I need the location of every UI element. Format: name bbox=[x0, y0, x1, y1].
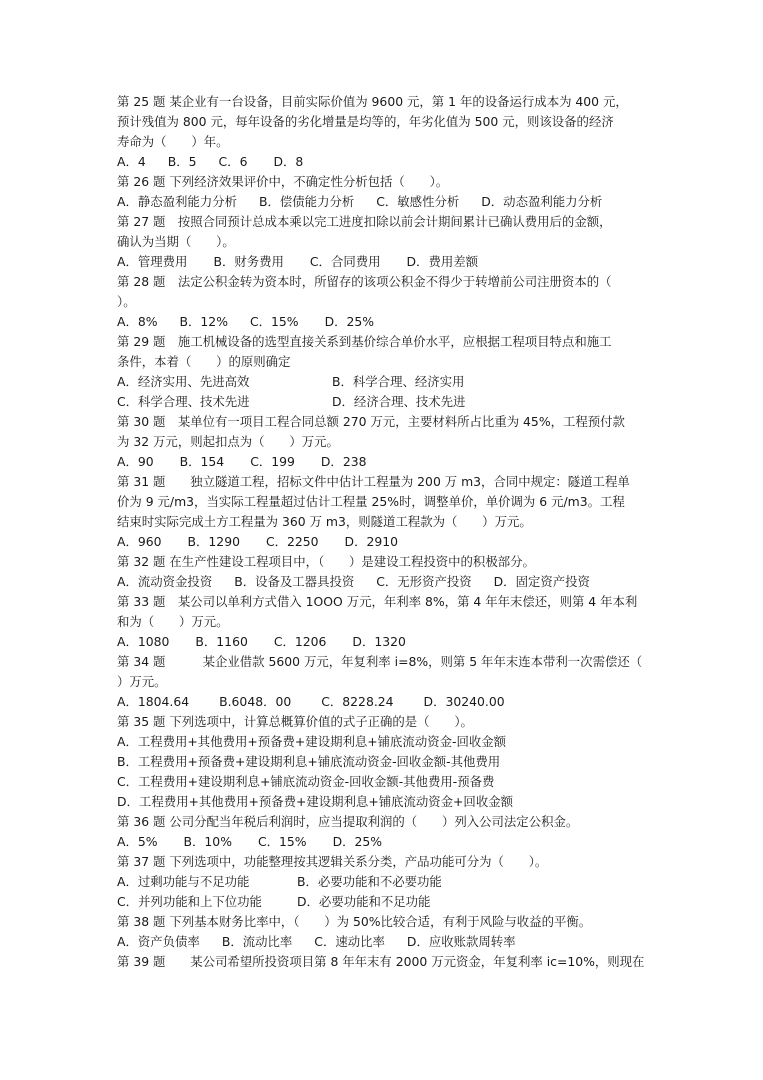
question-37: 第 37 题 下列选项中，功能整理按其逻辑关系分类，产品功能可分为（ ）。 A．… bbox=[117, 852, 652, 912]
options-row: A．5% B．10% C．15% D．25% bbox=[117, 832, 652, 852]
option-a: A．资产负债率 bbox=[117, 932, 200, 952]
option-b: B．12% bbox=[180, 312, 228, 332]
option-b: B．5 bbox=[168, 152, 197, 172]
question-25: 第 25 题 某企业有一台设备，目前实际价值为 9600 元，第 1 年的设备运… bbox=[117, 92, 652, 172]
option-c: C．1206 bbox=[274, 632, 327, 652]
option-c: C．合同费用 bbox=[310, 252, 381, 272]
question-stem-line: 第 25 题 某企业有一台设备，目前实际价值为 9600 元，第 1 年的设备运… bbox=[117, 92, 652, 112]
question-29: 第 29 题 施工机械设备的选型直接关系到基价综合单价水平，应根据工程项目特点和… bbox=[117, 332, 652, 412]
options-row: A．管理费用 B．财务费用 C．合同费用 D．费用差额 bbox=[117, 252, 652, 272]
document-page: 第 25 题 某企业有一台设备，目前实际价值为 9600 元，第 1 年的设备运… bbox=[117, 92, 652, 972]
question-stem-line: 第 35 题 下列选项中，计算总概算价值的式子正确的是（ ）。 bbox=[117, 712, 652, 732]
option-c: C．敏感性分析 bbox=[376, 192, 459, 212]
option-c: C．15% bbox=[258, 832, 307, 852]
question-stem-line: 寿命为（ ）年。 bbox=[117, 132, 652, 152]
option-a: A．静态盈利能力分析 bbox=[117, 192, 237, 212]
option-d: D．必要功能和不足功能 bbox=[297, 892, 430, 912]
option-c: C．6 bbox=[219, 152, 248, 172]
question-stem-line: 第 26 题 下列经济效果评价中，不确定性分析包括（ ）。 bbox=[117, 172, 652, 192]
option-a: A．工程费用+其他费用+预备费+建设期利息+铺底流动资金-回收金额 bbox=[117, 732, 652, 752]
option-c: C．15% bbox=[250, 312, 299, 332]
option-b: B．1160 bbox=[195, 632, 247, 652]
option-a: A．过剩功能与不足功能 bbox=[117, 872, 297, 892]
question-stem-line: 第 33 题 某公司以单利方式借入 1OOO 万元，年利率 8%，第 4 年年末… bbox=[117, 592, 652, 612]
option-a: A．960 bbox=[117, 532, 162, 552]
option-d: D．固定资产投资 bbox=[494, 572, 590, 592]
option-d: D．25% bbox=[333, 832, 382, 852]
question-stem-line: 第 34 题 某企业借款 5600 万元，年复利率 i=8%，则第 5 年年末连… bbox=[117, 652, 652, 672]
options-row: A．1804.64 B.6048．00 C．8228.24 D．30240.00 bbox=[117, 692, 652, 712]
question-27: 第 27 题 按照合同预计总成本乘以完工进度扣除以前会计期间累计已确认费用后的金… bbox=[117, 212, 652, 272]
option-c: C．199 bbox=[250, 452, 295, 472]
options-row: C．科学合理、技术先进 D．经济合理、技术先进 bbox=[117, 392, 652, 412]
option-d: D．经济合理、技术先进 bbox=[332, 392, 465, 412]
option-b: B．设备及工器具投资 bbox=[234, 572, 354, 592]
question-32: 第 32 题 在生产性建设工程项目中，（ ）是建设工程投资中的积极部分。 A．流… bbox=[117, 552, 652, 592]
question-stem-line: 为 32 万元，则起扣点为（ ）万元。 bbox=[117, 432, 652, 452]
question-34: 第 34 题 某企业借款 5600 万元，年复利率 i=8%，则第 5 年年末连… bbox=[117, 652, 652, 712]
option-b: B．工程费用+预备费+建设期利息+铺底流动资金-回收金额-其他费用 bbox=[117, 752, 652, 772]
options-row: A．过剩功能与不足功能 B．必要功能和不必要功能 bbox=[117, 872, 652, 892]
question-stem-line: 第 30 题 某单位有一项目工程合同总额 270 万元，主要材料所占比重为 45… bbox=[117, 412, 652, 432]
question-stem-line: 第 27 题 按照合同预计总成本乘以完工进度扣除以前会计期间累计已确认费用后的金… bbox=[117, 212, 652, 232]
option-d: D．25% bbox=[325, 312, 374, 332]
question-30: 第 30 题 某单位有一项目工程合同总额 270 万元，主要材料所占比重为 45… bbox=[117, 412, 652, 472]
option-d: D．应收账款周转率 bbox=[407, 932, 516, 952]
option-a: A．经济实用、先进高效 bbox=[117, 372, 332, 392]
options-row: A．静态盈利能力分析 B．偿债能力分析 C．敏感性分析 D．动态盈利能力分析 bbox=[117, 192, 652, 212]
question-39: 第 39 题 某公司希望所投资项目第 8 年年末有 2000 万元资金，年复利率… bbox=[117, 952, 652, 972]
question-stem-line: 第 31 题 独立隧道工程，招标文件中估计工程量为 200 万 m3，合同中规定… bbox=[117, 472, 652, 492]
question-28: 第 28 题 法定公积金转为资本时，所留存的该项公积金不得少于转增前公司注册资本… bbox=[117, 272, 652, 332]
question-36: 第 36 题 公司分配当年税后利润时，应当提取利润的（ ）列入公司法定公积金。 … bbox=[117, 812, 652, 852]
options-row: A．经济实用、先进高效 B．科学合理、经济实用 bbox=[117, 372, 652, 392]
question-stem-line: 结束时实际完成土方工程量为 360 万 m3，则隧道工程款为（ ）万元。 bbox=[117, 512, 652, 532]
option-c: C．2250 bbox=[266, 532, 319, 552]
question-33: 第 33 题 某公司以单利方式借入 1OOO 万元，年利率 8%，第 4 年年末… bbox=[117, 592, 652, 652]
option-c: C．工程费用+建设期利息+铺底流动资金-回收金额-其他费用-预备费 bbox=[117, 772, 652, 792]
options-row: A．8% B．12% C．15% D．25% bbox=[117, 312, 652, 332]
question-stem-line: 确认为当期（ ）。 bbox=[117, 232, 652, 252]
option-b: B．偿债能力分析 bbox=[259, 192, 354, 212]
options-row: A．4 B．5 C．6 D．8 bbox=[117, 152, 652, 172]
option-b: B．154 bbox=[180, 452, 225, 472]
question-stem-line: 条件，本着（ ）的原则确定 bbox=[117, 352, 652, 372]
option-a: A．90 bbox=[117, 452, 154, 472]
question-stem-line: ）。 bbox=[117, 292, 652, 312]
question-26: 第 26 题 下列经济效果评价中，不确定性分析包括（ ）。 A．静态盈利能力分析… bbox=[117, 172, 652, 212]
option-c: C．无形资产投资 bbox=[376, 572, 471, 592]
options-row: A．1080 B．1160 C．1206 D．1320 bbox=[117, 632, 652, 652]
question-stem-line: 预计残值为 800 元，每年设备的劣化增量是均等的，年劣化值为 500 元，则该… bbox=[117, 112, 652, 132]
question-stem-line: 第 38 题 下列基本财务比率中，（ ）为 50%比较合适，有利于风险与收益的平… bbox=[117, 912, 652, 932]
option-a: A．管理费用 bbox=[117, 252, 187, 272]
option-a: A．5% bbox=[117, 832, 158, 852]
option-d: D．2910 bbox=[345, 532, 398, 552]
options-row: A．流动资金投资 B．设备及工器具投资 C．无形资产投资 D．固定资产投资 bbox=[117, 572, 652, 592]
option-b: B．财务费用 bbox=[213, 252, 283, 272]
option-d: D．1320 bbox=[352, 632, 405, 652]
option-d: D．工程费用+其他费用+预备费+建设期利息+铺底流动资金+回收金额 bbox=[117, 792, 652, 812]
option-b: B．科学合理、经济实用 bbox=[332, 372, 464, 392]
question-stem-line: 第 32 题 在生产性建设工程项目中，（ ）是建设工程投资中的积极部分。 bbox=[117, 552, 652, 572]
option-b: B．10% bbox=[184, 832, 232, 852]
question-stem-line: ）万元。 bbox=[117, 672, 652, 692]
question-stem-line: 价为 9 元/m3，当实际工程量超过估计工程量 25%时，调整单价，单价调为 6… bbox=[117, 492, 652, 512]
option-a: A．4 bbox=[117, 152, 146, 172]
question-stem-line: 第 37 题 下列选项中，功能整理按其逻辑关系分类，产品功能可分为（ ）。 bbox=[117, 852, 652, 872]
question-stem-line: 第 36 题 公司分配当年税后利润时，应当提取利润的（ ）列入公司法定公积金。 bbox=[117, 812, 652, 832]
option-a: A．1080 bbox=[117, 632, 169, 652]
question-stem-line: 和为（ ）万元。 bbox=[117, 612, 652, 632]
option-d: D．238 bbox=[321, 452, 367, 472]
question-stem-line: 第 29 题 施工机械设备的选型直接关系到基价综合单价水平，应根据工程项目特点和… bbox=[117, 332, 652, 352]
option-d: D．费用差额 bbox=[407, 252, 479, 272]
options-row: A．资产负债率 B．流动比率 C．速动比率 D．应收账款周转率 bbox=[117, 932, 652, 952]
question-38: 第 38 题 下列基本财务比率中，（ ）为 50%比较合适，有利于风险与收益的平… bbox=[117, 912, 652, 952]
option-d: D．动态盈利能力分析 bbox=[481, 192, 602, 212]
question-stem-line: 第 28 题 法定公积金转为资本时，所留存的该项公积金不得少于转增前公司注册资本… bbox=[117, 272, 652, 292]
question-stem-line: 第 39 题 某公司希望所投资项目第 8 年年末有 2000 万元资金，年复利率… bbox=[117, 952, 652, 972]
option-d: D．30240.00 bbox=[424, 692, 505, 712]
option-a: A．1804.64 bbox=[117, 692, 189, 712]
option-c: C．科学合理、技术先进 bbox=[117, 392, 332, 412]
question-31: 第 31 题 独立隧道工程，招标文件中估计工程量为 200 万 m3，合同中规定… bbox=[117, 472, 652, 552]
option-a: A．流动资金投资 bbox=[117, 572, 212, 592]
option-b: B．1290 bbox=[188, 532, 240, 552]
option-d: D．8 bbox=[273, 152, 303, 172]
options-row: A．90 B．154 C．199 D．238 bbox=[117, 452, 652, 472]
options-row: C．并列功能和上下位功能 D．必要功能和不足功能 bbox=[117, 892, 652, 912]
option-b: B.6048．00 bbox=[219, 692, 291, 712]
option-b: B．流动比率 bbox=[222, 932, 292, 952]
option-a: A．8% bbox=[117, 312, 158, 332]
question-35: 第 35 题 下列选项中，计算总概算价值的式子正确的是（ ）。 A．工程费用+其… bbox=[117, 712, 652, 812]
options-row: A．960 B．1290 C．2250 D．2910 bbox=[117, 532, 652, 552]
option-c: C．速动比率 bbox=[314, 932, 385, 952]
option-c: C．并列功能和上下位功能 bbox=[117, 892, 297, 912]
option-c: C．8228.24 bbox=[321, 692, 393, 712]
option-b: B．必要功能和不必要功能 bbox=[297, 872, 442, 892]
